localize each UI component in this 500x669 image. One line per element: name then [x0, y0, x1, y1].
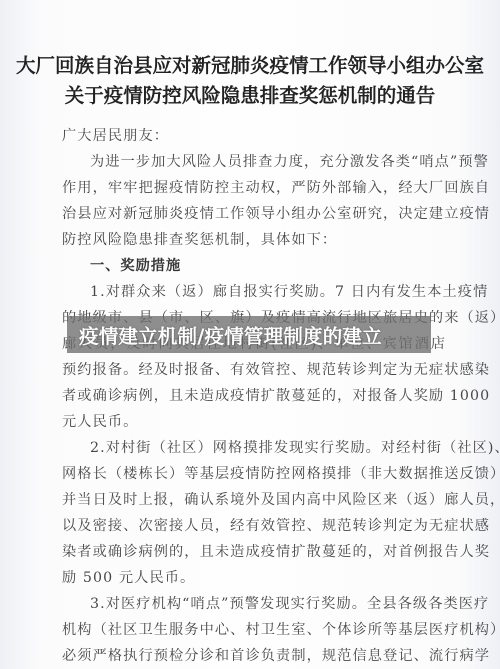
body-text-line: 治县应对新冠肺炎疫情工作领导小组办公室研究，决定建立疫情	[62, 204, 446, 224]
body-text-line: 者或确诊病例，且未造成疫情扩散蔓延的，对报备人奖励 1000	[62, 386, 446, 406]
body-text-line: 预约报备。经及时报备、有效管控、规范转诊判定为无症状感染	[62, 360, 446, 380]
body-text-line: 2.对村街（社区）网格摸排发现实行奖励。对经村街（社区)、	[90, 438, 446, 458]
body-text-line: 3.对医疗机构“哨点”预警发现实行奖励。全县各级各类医疗	[90, 594, 446, 614]
section-heading: 一、奖励措施	[90, 256, 446, 276]
body-text-line: 励 500 元人民币。	[62, 568, 446, 588]
document-title-line-1: 大厂回族自治县应对新冠肺炎疫情工作领导小组办公室	[0, 50, 500, 78]
body-text-line: 为进一步加大风险人员排查力度，充分激发各类“哨点”预警	[90, 152, 446, 172]
body-text-line: 必须严格执行预检分诊和首诊负责制，规范信息登记、流行病学	[62, 646, 446, 666]
caption-banner: 疫情建立机制/疫情管理制度的建立	[67, 316, 431, 353]
body-text-line: 机构（社区卫生服务中心、村卫生室、个体诊所等基层医疗机构）	[62, 620, 446, 640]
body-text-line: 1.对群众来（返）廊自报实行奖励。7 日内有发生本土疫情	[90, 282, 446, 302]
document-title-line-2: 关于疫情防控风险隐患排查奖惩机制的通告	[0, 80, 500, 108]
body-text-line: 元人民币。	[62, 412, 446, 432]
body-text-line: 以及密接、次密接人员，经有效管控、规范转诊判定为无症状感	[62, 516, 446, 536]
body-text-line: 并当日及时上报，确认系境外及国内高中风险区来（返）廊人员，	[62, 490, 446, 510]
body-text-line: 防控风险隐患排查奖惩机制，具体如下：	[62, 230, 446, 250]
caption-text: 疫情建立机制/疫情管理制度的建立	[67, 321, 382, 349]
body-text-line: 染者或确诊病例的，且未造成疫情扩散蔓延的，对首例报告人奖	[62, 542, 446, 562]
body-text-line: 作用，牢牢把握疫情防控主动权，严防外部输入，经大厂回族自	[62, 178, 446, 198]
salutation: 广大居民朋友：	[62, 126, 446, 146]
body-text-line: 网格长（楼栋长）等基层疫情防控网格摸排（非大数据推送反馈）	[62, 464, 446, 484]
